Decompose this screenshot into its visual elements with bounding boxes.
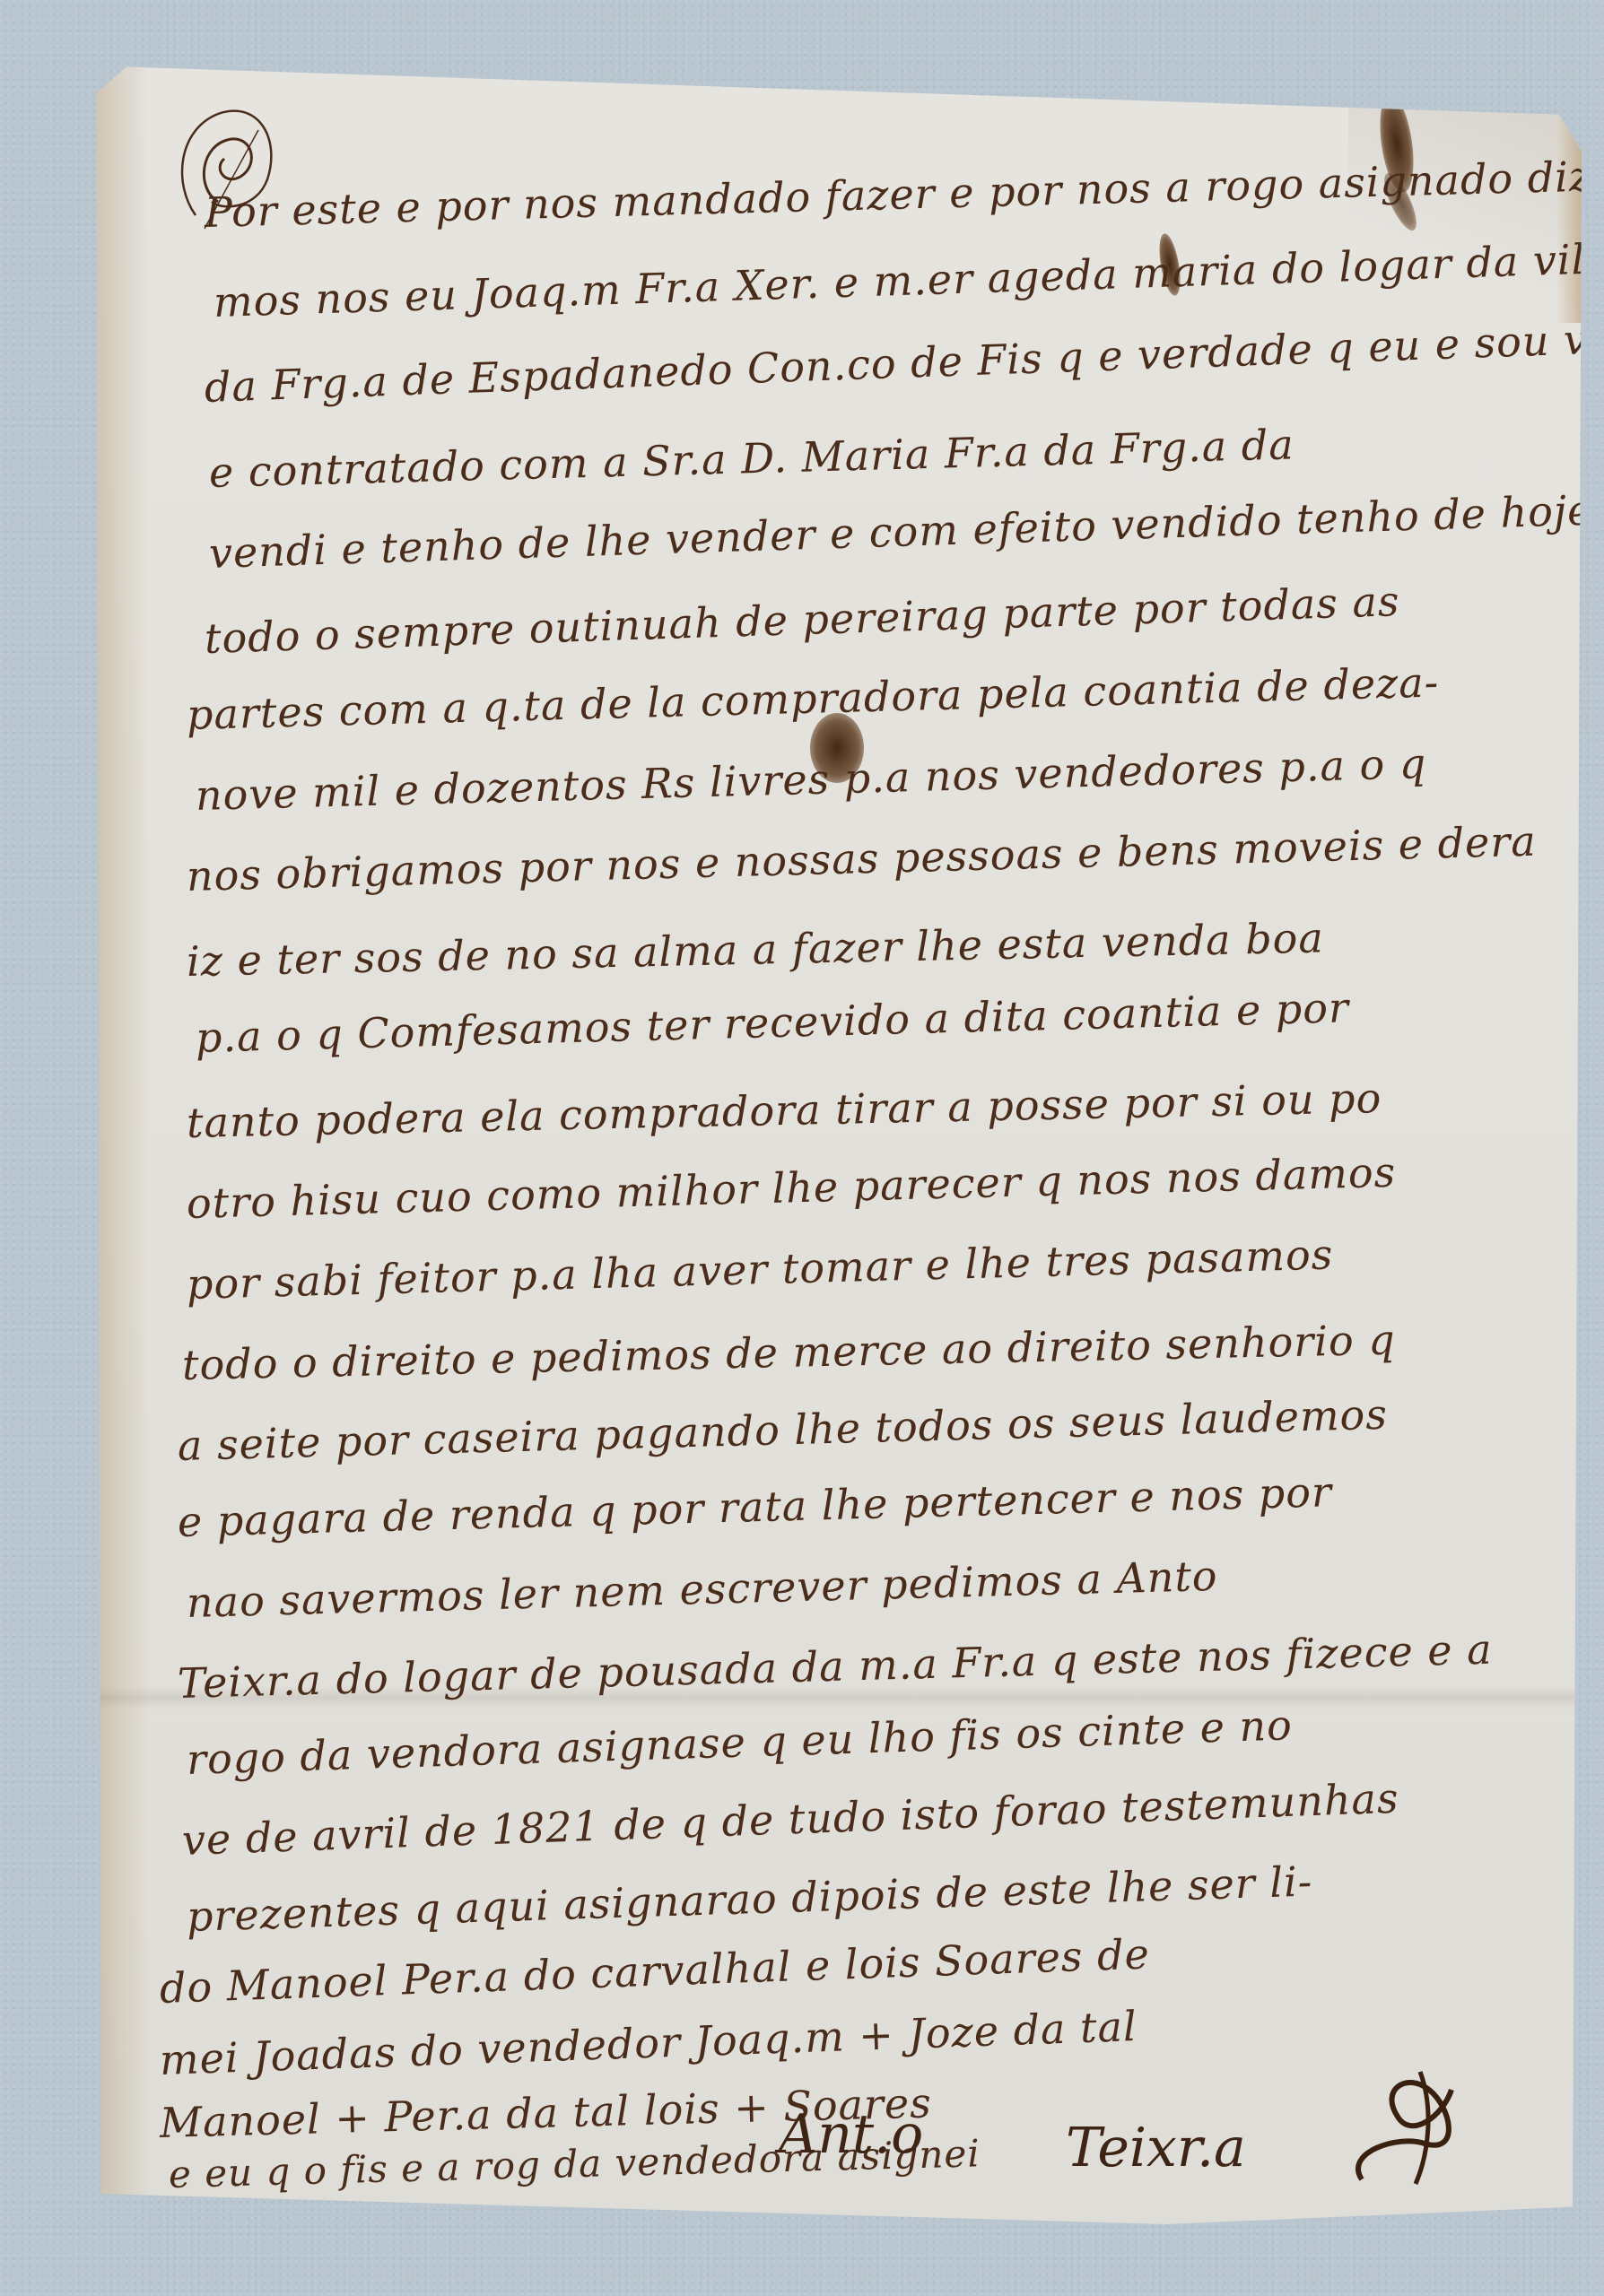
text-line-9: nos obrigamos por nos e nossas pessoas e… [186, 817, 1537, 900]
text-line-5: vendi e tenho de lhe vender e com efeito… [208, 483, 1604, 578]
text-line-24: mei Joadas do vendedor Joaq.m + Joze da … [159, 2002, 1138, 2084]
text-line-12: tanto podera ela compradora tirar a poss… [186, 1074, 1382, 1147]
text-line-18: nao savermos ler nem escrever pedimos a … [186, 1552, 1218, 1627]
signature-last-name: Teixr.a [1066, 2117, 1246, 2179]
text-line-1: Por este e por nos mandado fazer e por n… [204, 151, 1604, 237]
text-line-2: mos nos eu Joaq.m Fr.a Xer. e m.er ageda… [213, 234, 1604, 326]
text-line-23: do Manoel Per.a do carvalhal e lois Soar… [159, 1929, 1150, 2013]
text-line-3: da Frg.a de Espadanedo Con.co de Fis q e… [204, 314, 1604, 412]
manuscript-page: Por este e por nos mandado fazer e por n… [97, 54, 1582, 2224]
signature-rubric-icon [1344, 2054, 1469, 2188]
text-line-13: otro hisu cuo como milhor lhe parecer q … [186, 1148, 1397, 1228]
text-line-10: iz e ter sos de no sa alma a fazer lhe e… [186, 913, 1324, 986]
text-line-8: nove mil e dozentos Rs livres p.a nos ve… [195, 739, 1427, 820]
text-line-6: todo o sempre outinuah de pereirag parte… [204, 577, 1400, 663]
text-line-7: partes com a q.ta de la compradora pela … [186, 657, 1440, 739]
text-line-4: e contratado com a Sr.a D. Maria Fr.a da… [208, 420, 1295, 497]
text-line-17: e pagara de renda q por rata lhe pertenc… [177, 1467, 1332, 1546]
text-line-21: ve de avril de 1821 de q de tudo isto fo… [181, 1774, 1399, 1865]
signature-first-name: Ant.o [779, 2103, 923, 2166]
text-line-11: p.a o q Comfesamos ter recevido a dita c… [195, 983, 1349, 1062]
text-line-20: rogo da vendora asignase q eu lho fis os… [186, 1700, 1293, 1784]
text-line-16: a seite por caseira pagando lhe todos os… [177, 1390, 1388, 1470]
manuscript-text: Por este e por nos mandado fazer e por n… [97, 54, 1582, 2224]
text-line-22: prezentes q aqui asignarao dipois de est… [186, 1857, 1313, 1941]
text-line-14: por sabi feitor p.a lha aver tomar e lhe… [186, 1231, 1334, 1309]
text-line-15: todo o direito e pedimos de merce ao dir… [181, 1316, 1396, 1389]
text-line-19: Teixr.a do logar de pousada da m.a Fr.a … [177, 1625, 1493, 1708]
